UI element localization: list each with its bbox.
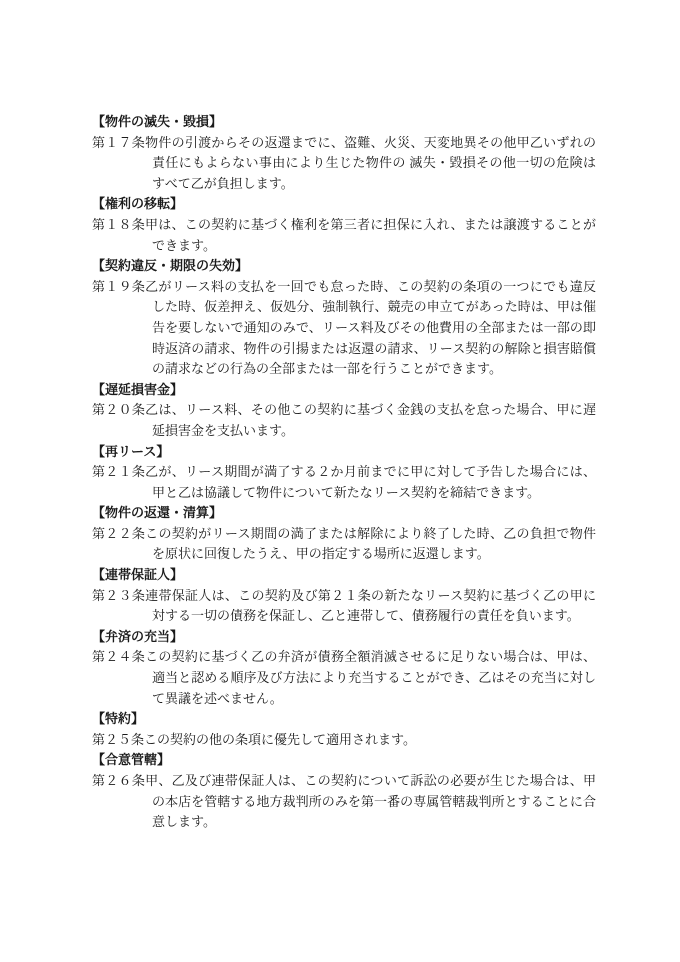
- section-agreed-jurisdiction: 【合意管轄】 第２６条甲、乙及び連帯保証人は、この契約について訴訟の必要が生じた…: [92, 750, 596, 832]
- section-late-damages: 【遅延損害金】 第２０条乙は、リース料、その他この契約に基づく金銭の支払を怠った…: [92, 380, 596, 442]
- article-number: 第２６条: [92, 773, 145, 788]
- section-appropriation-of-payment: 【弁済の充当】 第２４条この契約に基づく乙の弁済が債務全額消滅させるに足りない場…: [92, 627, 596, 709]
- section-transfer-of-rights: 【権利の移転】 第１８条甲は、この契約に基づく権利を第三者に担保に入れ、または譲…: [92, 194, 596, 256]
- section-re-lease: 【再リース】 第２１条乙が、リース期間が満了する２か月前までに甲に対して予告した…: [92, 442, 596, 504]
- section-heading: 【物件の滅失・毀損】: [92, 112, 596, 133]
- contract-terms-content: 【物件の滅失・毀損】 第１７条物件の引渡からその返還までに、盗難、火災、天変地異…: [92, 112, 596, 833]
- section-heading: 【契約違反・期限の失効】: [92, 256, 596, 277]
- section-heading: 【連帯保証人】: [92, 565, 596, 586]
- article-number: 第２３条: [92, 588, 145, 603]
- section-heading: 【特約】: [92, 709, 596, 730]
- article-text: この契約がリース期間の満了または解除により終了した時、乙の負担で物件を原状に回復…: [145, 526, 596, 562]
- article-number: 第１８条: [92, 217, 145, 232]
- section-special-provisions: 【特約】 第２５条この契約の他の条項に優先して適用されます。: [92, 709, 596, 750]
- article-17: 第１７条物件の引渡からその返還までに、盗難、火災、天変地異その他甲乙いずれの責任…: [92, 133, 596, 195]
- article-text: 乙がリース料の支払を一回でも怠った時、この契約の条項の一つにでも違反した時、仮差…: [145, 279, 596, 376]
- article-text: この契約に基づく乙の弁済が債務全額消滅させるに足りない場合は、甲は、適当と認める…: [145, 649, 596, 705]
- section-heading: 【遅延損害金】: [92, 380, 596, 401]
- article-number: 第２１条: [92, 464, 145, 479]
- article-20: 第２０条乙は、リース料、その他この契約に基づく金銭の支払を怠った場合、甲に遅延損…: [92, 400, 596, 441]
- article-number: 第２５条: [92, 732, 144, 747]
- article-number: 第２４条: [92, 649, 145, 664]
- article-18: 第１８条甲は、この契約に基づく権利を第三者に担保に入れ、または譲渡することができ…: [92, 215, 596, 256]
- article-22: 第２２条この契約がリース期間の満了または解除により終了した時、乙の負担で物件を原…: [92, 524, 596, 565]
- article-number: 第１９条: [92, 279, 145, 294]
- article-text: 物件の引渡からその返還までに、盗難、火災、天変地異その他甲乙いずれの責任にもよら…: [145, 135, 596, 191]
- section-joint-guarantor: 【連帯保証人】 第２３条連帯保証人は、この契約及び第２１条の新たなリース契約に基…: [92, 565, 596, 627]
- section-heading: 【弁済の充当】: [92, 627, 596, 648]
- article-19: 第１９条乙がリース料の支払を一回でも怠った時、この契約の条項の一つにでも違反した…: [92, 277, 596, 380]
- section-heading: 【物件の返還・清算】: [92, 503, 596, 524]
- article-text: この契約の他の条項に優先して適用されます。: [144, 732, 416, 747]
- article-text: 乙が、リース期間が満了する２か月前までに甲に対して予告した場合には、甲と乙は協議…: [145, 464, 596, 500]
- article-number: 第２２条: [92, 526, 145, 541]
- article-26: 第２６条甲、乙及び連帯保証人は、この契約について訴訟の必要が生じた場合は、甲の本…: [92, 771, 596, 833]
- article-number: 第２０条: [92, 402, 145, 417]
- article-25: 第２５条この契約の他の条項に優先して適用されます。: [92, 730, 596, 751]
- article-23: 第２３条連帯保証人は、この契約及び第２１条の新たなリース契約に基づく乙の甲に対す…: [92, 586, 596, 627]
- article-number: 第１７条: [92, 135, 145, 150]
- article-21: 第２１条乙が、リース期間が満了する２か月前までに甲に対して予告した場合には、甲と…: [92, 462, 596, 503]
- article-text: 甲、乙及び連帯保証人は、この契約について訴訟の必要が生じた場合は、甲の本店を管轄…: [145, 773, 596, 829]
- article-24: 第２４条この契約に基づく乙の弁済が債務全額消滅させるに足りない場合は、甲は、適当…: [92, 647, 596, 709]
- section-heading: 【再リース】: [92, 442, 596, 463]
- section-return-settlement: 【物件の返還・清算】 第２２条この契約がリース期間の満了または解除により終了した…: [92, 503, 596, 565]
- section-heading: 【合意管轄】: [92, 750, 596, 771]
- article-text: 連帯保証人は、この契約及び第２１条の新たなリース契約に基づく乙の甲に対する一切の…: [145, 588, 596, 624]
- contract-document-page: 【物件の滅失・毀損】 第１７条物件の引渡からその返還までに、盗難、火災、天変地異…: [0, 0, 680, 962]
- article-text: 甲は、この契約に基づく権利を第三者に担保に入れ、または譲渡することができます。: [145, 217, 596, 253]
- article-text: 乙は、リース料、その他この契約に基づく金銭の支払を怠った場合、甲に遅延損害金を支…: [145, 402, 596, 438]
- section-property-loss-damage: 【物件の滅失・毀損】 第１７条物件の引渡からその返還までに、盗難、火災、天変地異…: [92, 112, 596, 194]
- section-breach-forfeiture: 【契約違反・期限の失効】 第１９条乙がリース料の支払を一回でも怠った時、この契約…: [92, 256, 596, 380]
- section-heading: 【権利の移転】: [92, 194, 596, 215]
